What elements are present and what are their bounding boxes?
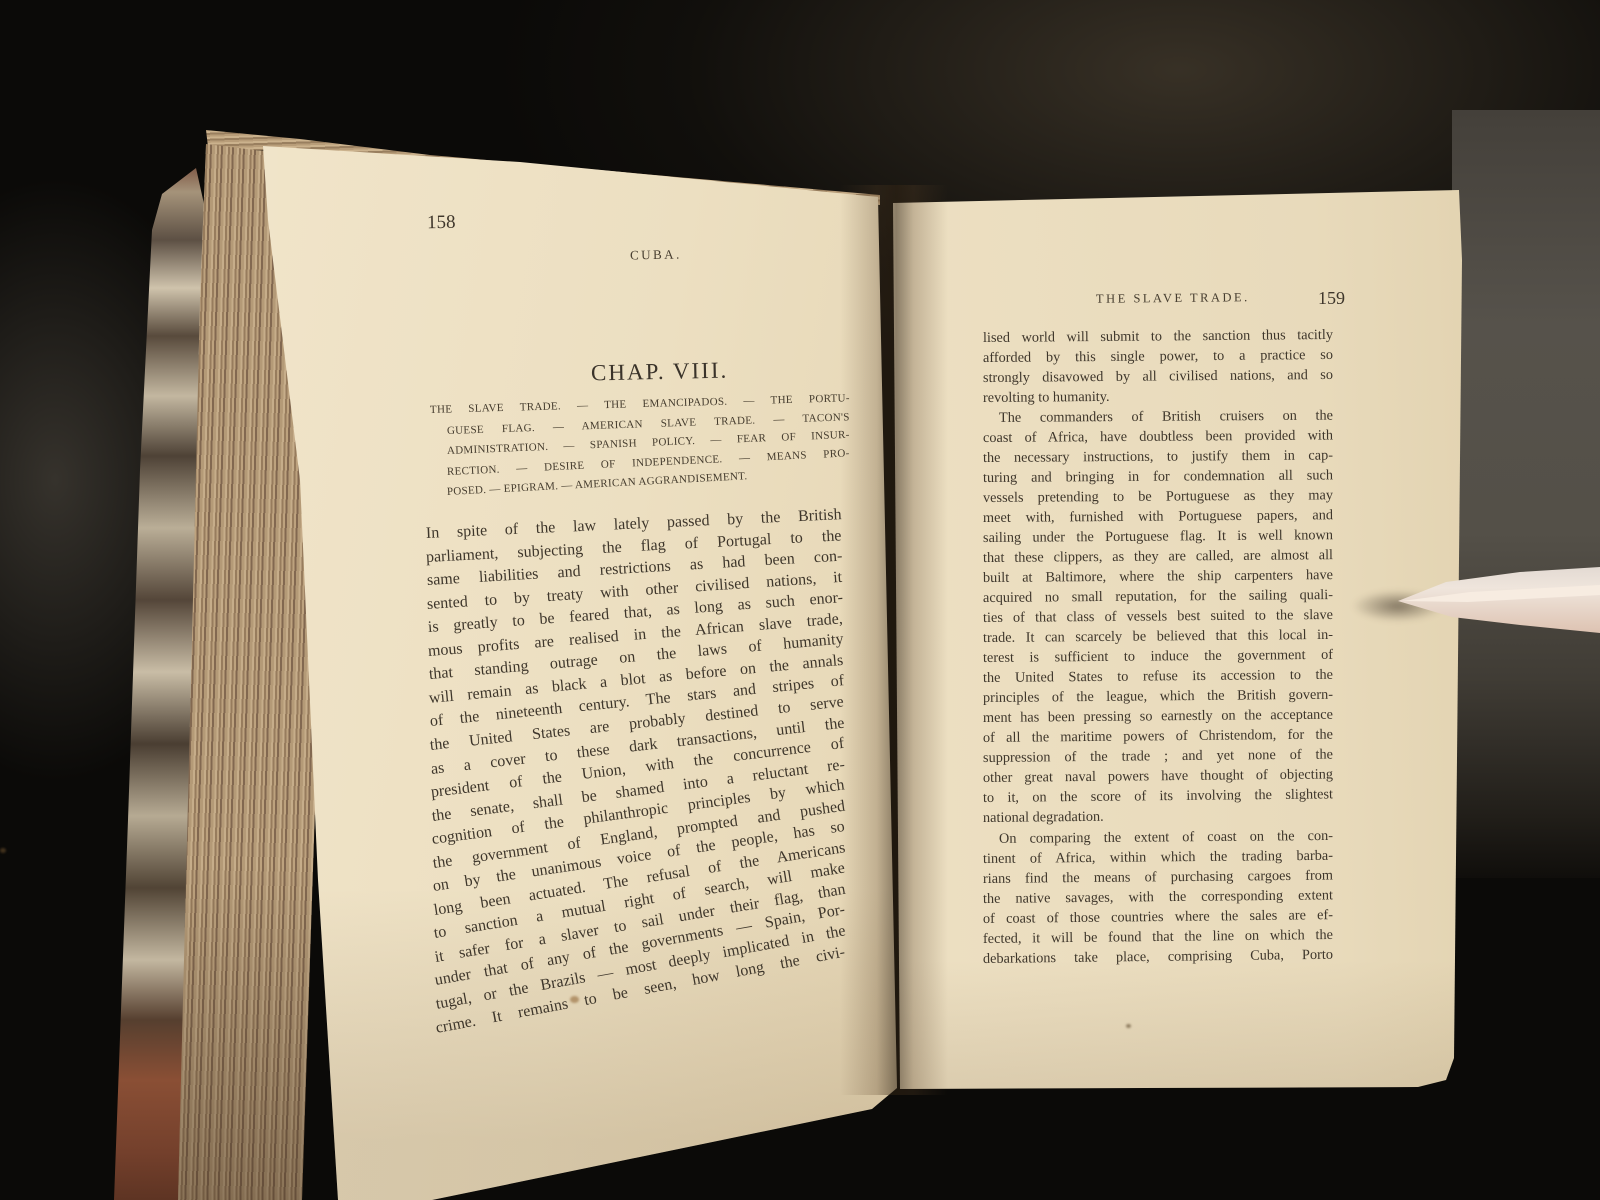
right-page-number: 159 bbox=[1318, 288, 1345, 309]
foxing-stain bbox=[0, 848, 6, 853]
text-line: tinent of Africa, within which the tradi… bbox=[983, 848, 1333, 869]
text-line: coast of Africa, have doubtless been pro… bbox=[983, 427, 1333, 447]
text-line: debarkations take place, comprising Cuba… bbox=[983, 947, 1333, 969]
text-line: to it, on the score of its involving the… bbox=[983, 786, 1333, 807]
text-line: ties of that class of vessels best suite… bbox=[983, 607, 1333, 628]
text-line: terest is sufficient to induce the gover… bbox=[983, 647, 1333, 668]
text-line: trade. It can scarcely be believed that … bbox=[983, 627, 1333, 648]
text-line: other great naval powers have thought of… bbox=[983, 766, 1333, 787]
left-running-header: CUBA. bbox=[630, 247, 682, 264]
photo-of-open-book: 158 CUBA. CHAP. VIII. THE SLAVE TRADE. —… bbox=[0, 0, 1600, 1200]
chapter-heading: CHAP. VIII. bbox=[591, 358, 729, 387]
text-line: principles of the league, which the Brit… bbox=[983, 687, 1333, 708]
text-line: built at Baltimore, where the ship carpe… bbox=[983, 567, 1333, 588]
left-page-body: In spite of the law lately passed by the… bbox=[426, 524, 842, 1064]
right-page-paragraph-1: lised world will submit to the sanction … bbox=[983, 330, 1333, 416]
text-line: of coast of those countries where the sa… bbox=[983, 907, 1333, 929]
gutter-shadow bbox=[840, 185, 948, 1095]
text-line: lised world will submit to the sanction … bbox=[983, 327, 1333, 348]
text-line: of all the maritime powers of Christendo… bbox=[983, 727, 1333, 748]
text-line: that these clippers, as they are called,… bbox=[983, 547, 1333, 568]
text-line: vessels pretending to be Portuguese as t… bbox=[983, 487, 1333, 508]
text-line: meet with, furnished with Portuguese pap… bbox=[983, 507, 1333, 528]
text-line: the native savages, with the correspondi… bbox=[983, 887, 1333, 909]
text-line: On comparing the extent of coast on the … bbox=[983, 828, 1333, 849]
text-line: the United States to refuse its accessio… bbox=[983, 667, 1333, 688]
right-page-paragraph-2: The commanders of British cruisers on th… bbox=[983, 410, 1333, 836]
text-line: revolting to humanity. bbox=[983, 387, 1333, 408]
text-line: ment has been pressing so earnestly on t… bbox=[983, 707, 1333, 728]
text-line: strongly disavowed by all civilised nati… bbox=[983, 367, 1333, 388]
text-line: the necessary instructions, to justify t… bbox=[983, 447, 1333, 467]
text-line: national degradation. bbox=[983, 806, 1333, 828]
text-line: suppression of the trade ; and yet none … bbox=[983, 747, 1333, 768]
chapter-summary: THE SLAVE TRADE. — THE EMANCIPADOS. — TH… bbox=[430, 404, 850, 524]
text-line: The commanders of British cruisers on th… bbox=[983, 408, 1333, 428]
text-line: turing and bringing in for condemnation … bbox=[983, 467, 1333, 487]
text-line: fected, it will be found that the line o… bbox=[983, 927, 1333, 949]
left-page-number: 158 bbox=[427, 212, 456, 234]
right-running-header: THE SLAVE TRADE. bbox=[1096, 290, 1250, 307]
right-page-paragraph-3: On comparing the extent of coast on the … bbox=[983, 831, 1333, 977]
foxing-stain bbox=[1126, 1024, 1131, 1028]
text-line: acquired no small reputation, for the sa… bbox=[983, 587, 1333, 608]
text-line: sailing under the Portuguese flag. It is… bbox=[983, 527, 1333, 548]
background-side-panel bbox=[1452, 110, 1600, 878]
text-line: rians find the means of purchasing cargo… bbox=[983, 868, 1333, 889]
foxing-stain bbox=[570, 996, 579, 1003]
text-line: afforded by this single power, to a prac… bbox=[983, 347, 1333, 368]
